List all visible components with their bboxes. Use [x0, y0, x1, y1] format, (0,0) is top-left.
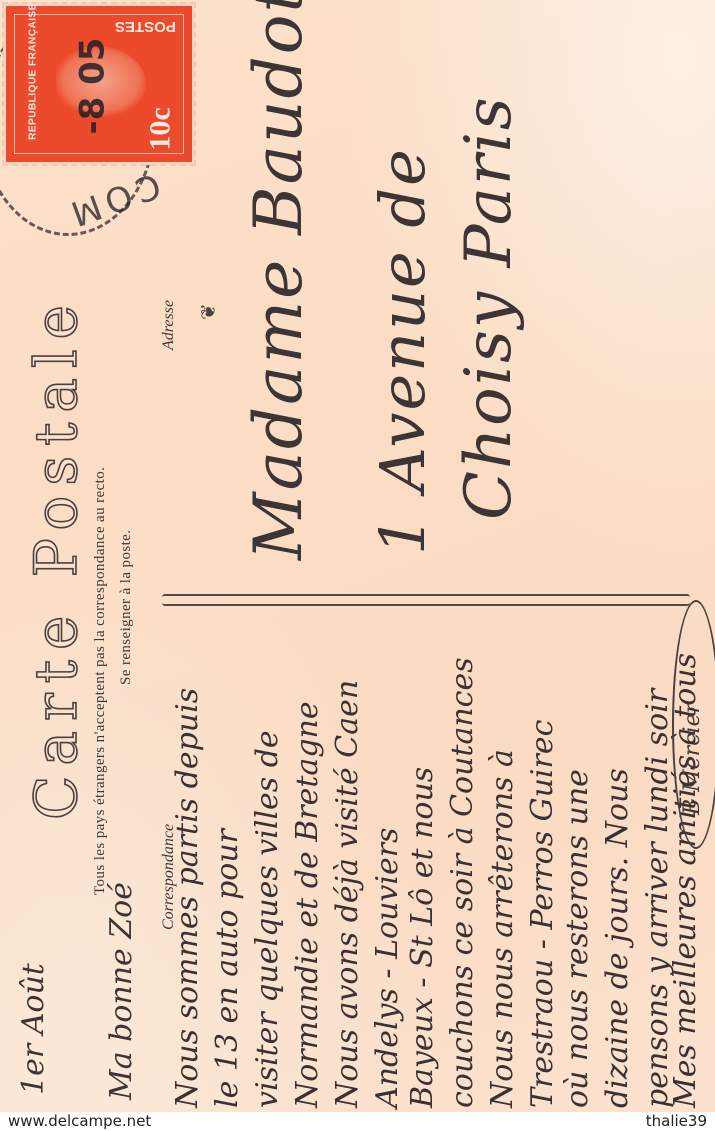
stamp-header: POSTES	[115, 18, 176, 35]
message-line: dizaine de jours. Nous	[600, 768, 635, 1108]
message-line: visiter quelques villes de	[250, 730, 285, 1108]
message-line: Bayeux - St Lô et nous	[405, 767, 440, 1108]
watermark-seller: thalie39	[646, 1112, 707, 1130]
address-divider	[162, 594, 690, 606]
salutation: Ma bonne Zoé	[104, 882, 139, 1100]
signature: B Mercier	[680, 703, 705, 815]
message-line: Trestraou - Perros Guirec	[525, 720, 560, 1108]
address-label: Adresse	[160, 300, 178, 350]
instruction-line-2: Se renseigner à la poste.	[118, 530, 135, 685]
postcard-title: Carte Postale	[22, 295, 90, 820]
message-line: Nous sommes partis depuis	[170, 688, 205, 1108]
postcard-back: COM POSTES REPUBLIQUE FRANÇAISE 10c -8 0…	[0, 0, 715, 1112]
watermark-bar: www.delcampe.net thalie39	[0, 1112, 715, 1131]
message-line: Andelys - Louviers	[370, 828, 405, 1108]
stamp-country: REPUBLIQUE FRANÇAISE	[28, 0, 39, 147]
margin-date: 1er Août	[16, 963, 51, 1095]
address-line-2: 1 Avenue de	[366, 147, 439, 555]
message-line: couchons ce soir à Coutances	[445, 657, 480, 1108]
watermark-site: www.delcampe.net	[8, 1112, 151, 1130]
postmark-date: -8 05	[72, 38, 112, 135]
message-line: le 13 en auto pour	[210, 829, 245, 1108]
instruction-line-1: Tous les pays étrangers n'acceptent pas …	[92, 467, 109, 895]
message-line: Normandie et de Bretagne	[290, 701, 325, 1108]
message-line: Nous nous arrêterons à	[485, 749, 520, 1108]
stamp-value: 10c	[143, 107, 177, 150]
postage-stamp: POSTES REPUBLIQUE FRANÇAISE 10c -8 05	[6, 6, 192, 162]
address-line-1: Madame Baudot	[240, 0, 317, 560]
address-line-3: Choisy Paris	[452, 95, 526, 520]
message-line: Nous avons déjà visité Caen	[330, 680, 365, 1108]
message-line: où nous resterons une	[560, 769, 595, 1108]
fleuron-ornament-icon: ❦	[196, 303, 220, 320]
